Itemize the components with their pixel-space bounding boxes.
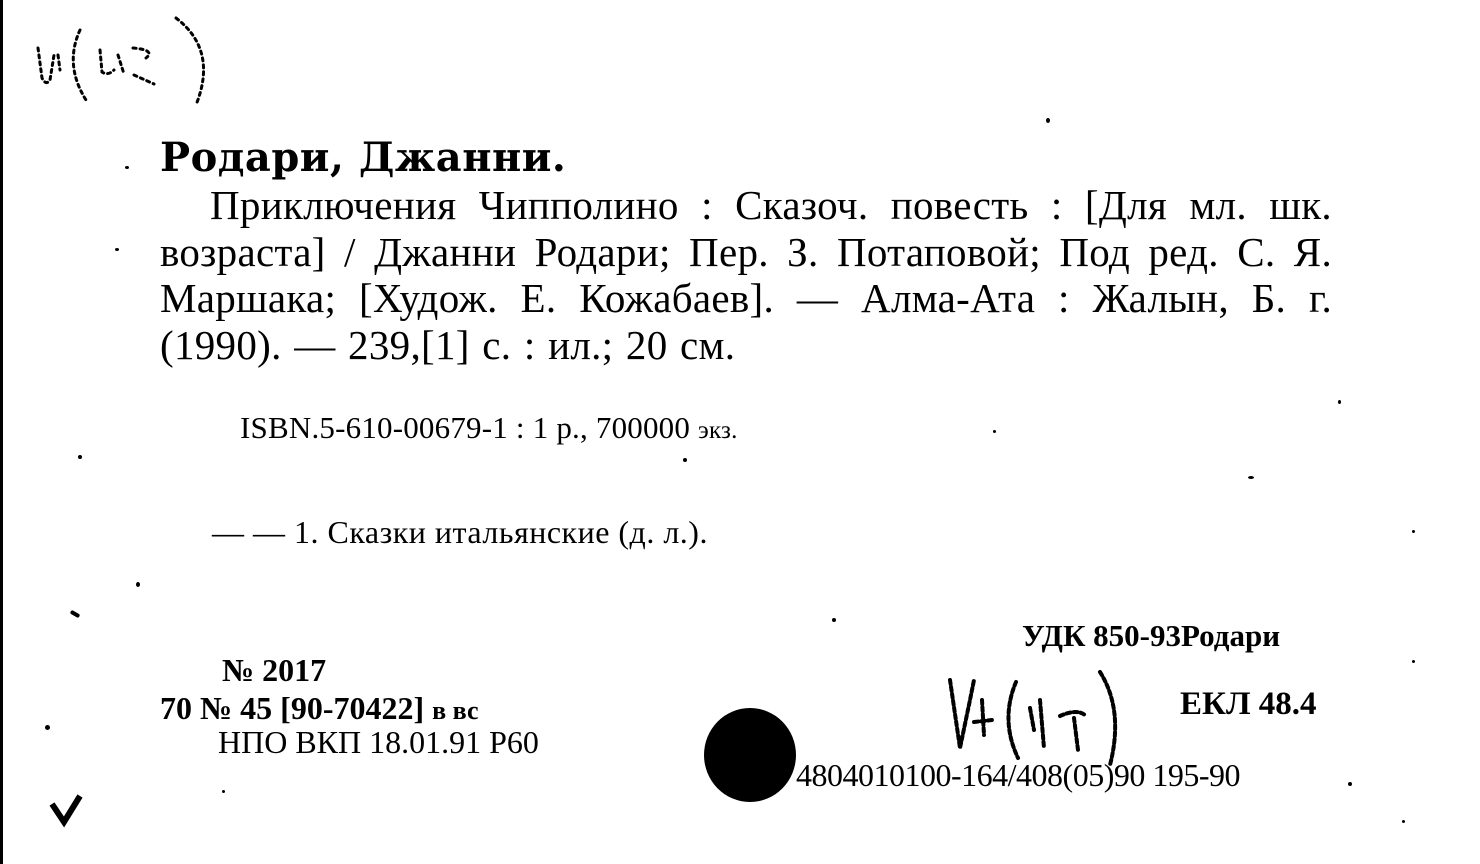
bibliographic-description: Приключения Чипполино : Сказоч. повесть … [160, 182, 1332, 368]
order-number: № 2017 [222, 652, 326, 689]
scan-speck [115, 248, 119, 251]
plant-line: НПО ВКП 18.01.91 Р60 [218, 724, 539, 761]
isbn-label: ISBN [240, 410, 311, 445]
scan-speck [78, 455, 82, 459]
checkmark-icon [48, 792, 84, 828]
price-and-print-run: 1 р., 700000 [533, 410, 690, 445]
card-code: 4804010100-164/408(05)90 195-90 [796, 757, 1240, 794]
print-info: 70 № 45 [90-70422] в вс [160, 690, 479, 727]
print-info-suffix: в вс [432, 696, 478, 725]
handwritten-mark-top-icon [28, 10, 228, 110]
scan-speck [222, 790, 225, 793]
card-left-edge [0, 0, 3, 864]
scan-speck [1412, 530, 1415, 533]
print-info-prefix: 70 № 45 [90-70422] [160, 690, 424, 726]
scan-speck [136, 582, 140, 587]
scan-speck [70, 610, 81, 618]
scan-speck [45, 725, 50, 730]
subject-heading: — — 1. Сказки итальянские (д. л.). [212, 514, 708, 551]
scan-speck [1046, 118, 1050, 123]
scan-speck [993, 430, 996, 433]
scan-speck [1338, 400, 1341, 404]
ekl-classification: ЕКЛ 48.4 [1180, 686, 1317, 723]
catalog-card: Родари, Джанни. Приключения Чипполино : … [0, 0, 1480, 864]
copies-unit: экз. [698, 417, 737, 444]
scan-speck [1248, 476, 1254, 479]
punch-hole-icon [704, 708, 796, 802]
scan-speck [832, 618, 836, 622]
scan-speck [1412, 660, 1415, 663]
isbn-number: 5-610-00679-1 [319, 410, 508, 445]
scan-speck [1348, 782, 1352, 786]
scan-speck [125, 166, 129, 169]
scan-speck [683, 458, 687, 462]
isbn-line: ISBN.5-610-00679-1 : 1 р., 700000 экз. [240, 410, 738, 446]
handwritten-mark-bottom-icon [940, 660, 1130, 770]
author-heading: Родари, Джанни. [160, 134, 566, 181]
udk-classification: УДК 850-93Родари [1022, 618, 1280, 654]
scan-speck [1402, 820, 1405, 823]
